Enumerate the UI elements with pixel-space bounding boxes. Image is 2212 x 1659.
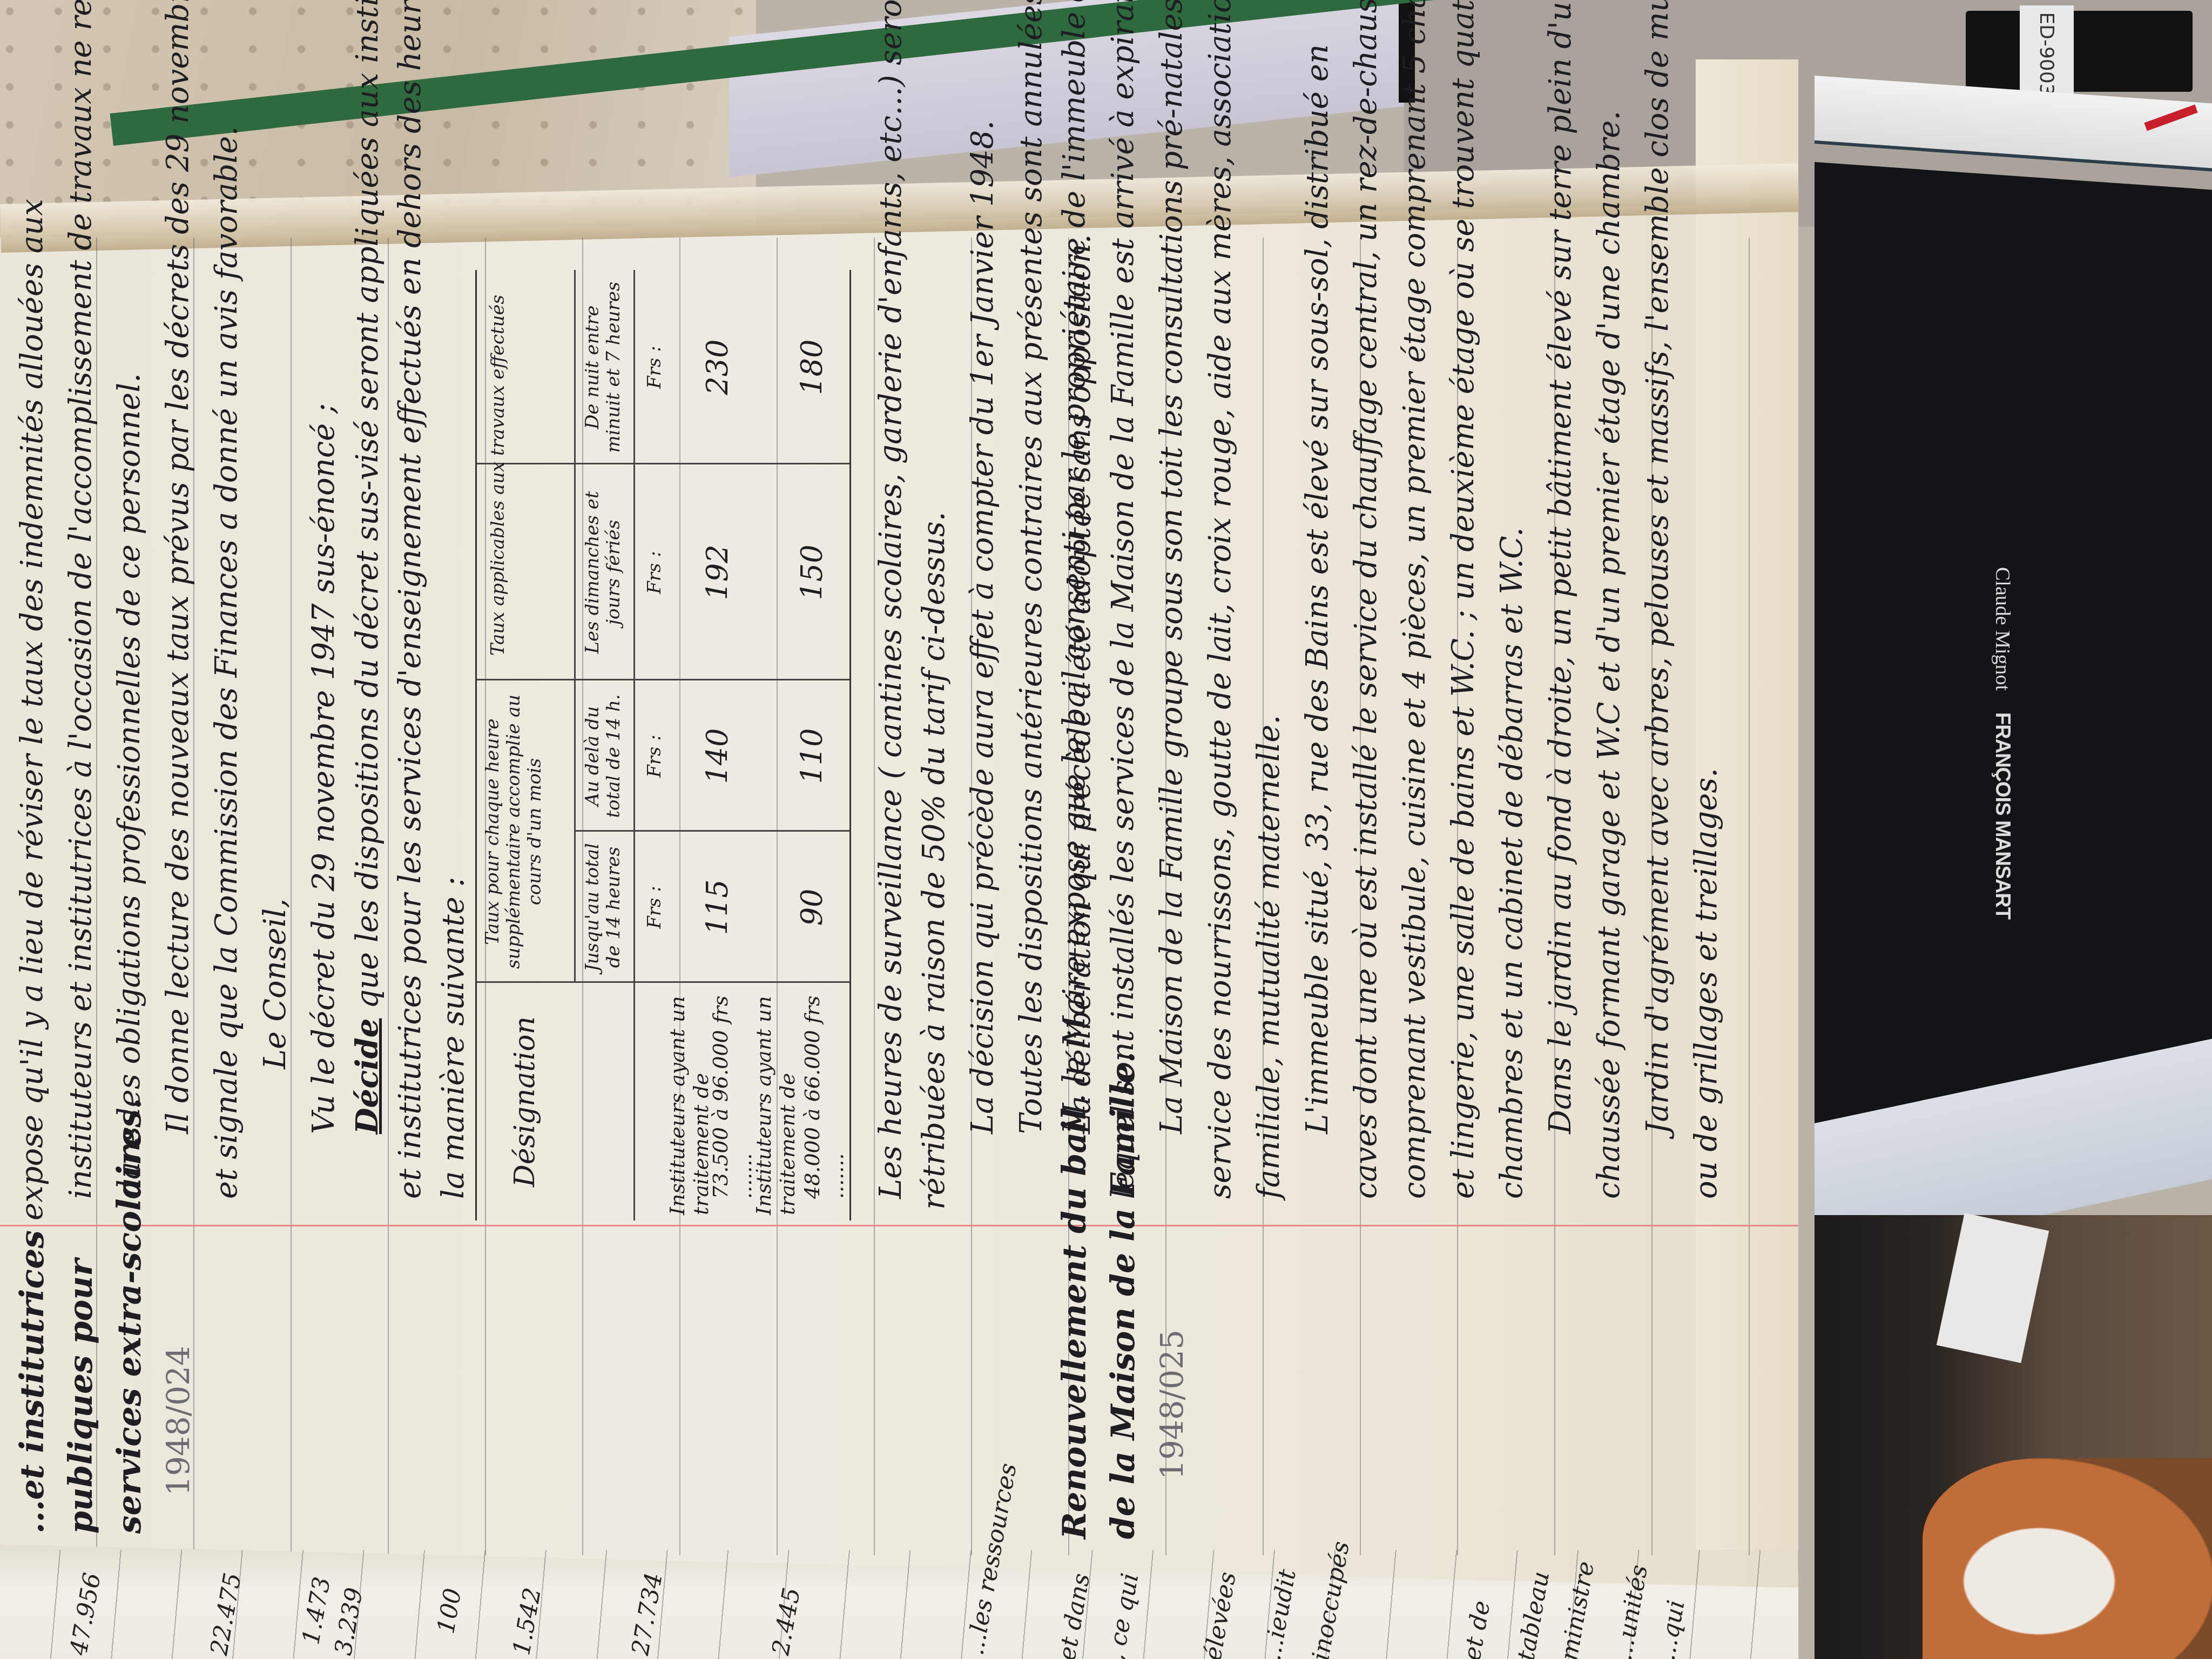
table-row-designation: 73.500 à 96.000 frs ....... [709,983,756,1199]
register-text-frame-2: Renouvellement du bail M. le Maire expos… [1042,238,2212,1545]
table-row-designation: 48.000 à 66.000 frs ....... [801,983,848,1199]
table-cell: 180 [795,275,829,459]
table-header-col: Jusqu'au total de 14 heures [582,837,624,977]
table-cell: 150 [795,470,829,675]
entry-025-line: ou de grillages et treillages. [1674,768,1739,1199]
table-unit: Frs : [644,470,665,675]
table-divider [477,679,849,680]
binder-spine: ED-9003 [1966,11,2193,92]
table-cell: 110 [795,686,829,826]
table-cell: 90 [795,837,829,977]
table-header-designation: Désignation [509,983,542,1220]
binder-label: ED-9003 [2020,5,2074,103]
table-header-rule [574,270,576,983]
table-unit: Frs : [644,275,665,459]
table-header-group1: Taux pour chaque heure supplémentaire ac… [482,686,545,977]
table-header-rule [633,270,635,1220]
table-header-group2: Taux applicables aux travaux effectués [488,275,509,675]
table-row-designation: Instituteurs ayant un traitement de [666,983,713,1215]
table-header-col: De nuit entre minuit et 7 heures [582,275,624,459]
table-cell: 192 [701,470,734,675]
table-row-designation: Instituteurs ayant un traitement de [752,983,799,1215]
table-divider [477,463,849,464]
table-cell: 140 [701,686,734,826]
table-unit: Frs : [644,686,665,826]
entry-025-row-13: ou de grillages et treillages. [1674,238,1739,1545]
table-header-col: Les dimanches et jours fériés [582,470,624,675]
table-unit: Frs : [644,837,665,977]
table-cell: 230 [701,275,734,459]
table-divider [574,830,849,832]
rates-table: Désignation Taux pour chaque heure suppl… [475,270,851,1220]
table-cell: 115 [701,837,734,977]
table-header-col: Au delà du total de 14 h. [582,686,624,826]
